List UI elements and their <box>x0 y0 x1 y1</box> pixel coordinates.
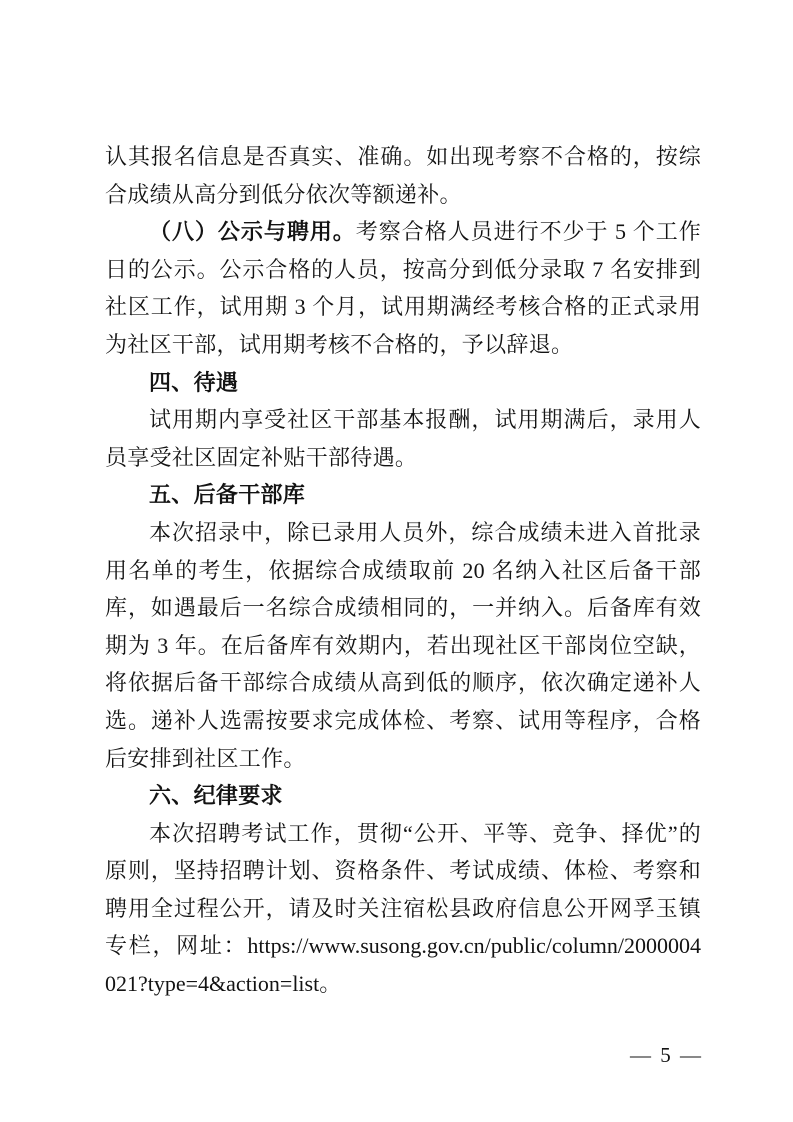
paragraph-reserve-cadre-pool: 本次招录中，除已录用人员外，综合成绩未进入首批录用名单的考生，依据综合成绩取前 … <box>105 514 701 777</box>
heading-reserve-cadre-pool: 五、后备干部库 <box>105 476 701 514</box>
footer-page-number: — 5 — <box>630 1040 703 1070</box>
paragraph-treatment: 试用期内享受社区干部基本报酬，试用期满后，录用人员享受社区固定补贴干部待遇。 <box>105 401 701 476</box>
paragraph-carryover: 认其报名信息是否真实、准确。如出现考察不合格的，按综合成绩从高分到低分依次等额递… <box>105 138 701 213</box>
document-body: 认其报名信息是否真实、准确。如出现考察不合格的，按综合成绩从高分到低分依次等额递… <box>105 138 701 1003</box>
document-page: 认其报名信息是否真实、准确。如出现考察不合格的，按综合成绩从高分到低分依次等额递… <box>0 0 793 1122</box>
heading-treatment: 四、待遇 <box>105 364 701 402</box>
heading-discipline: 六、纪律要求 <box>105 777 701 815</box>
paragraph-publicity-hiring: （八）公示与聘用。考察合格人员进行不少于 5 个工作日的公示。公示合格的人员，按… <box>105 213 701 363</box>
paragraph-discipline: 本次招聘考试工作，贯彻“公开、平等、竞争、择优”的原则，坚持招聘计划、资格条件、… <box>105 815 701 1003</box>
section-lead-publicity-hiring: （八）公示与聘用。 <box>149 219 356 244</box>
policy-url-period: 。 <box>319 971 341 996</box>
